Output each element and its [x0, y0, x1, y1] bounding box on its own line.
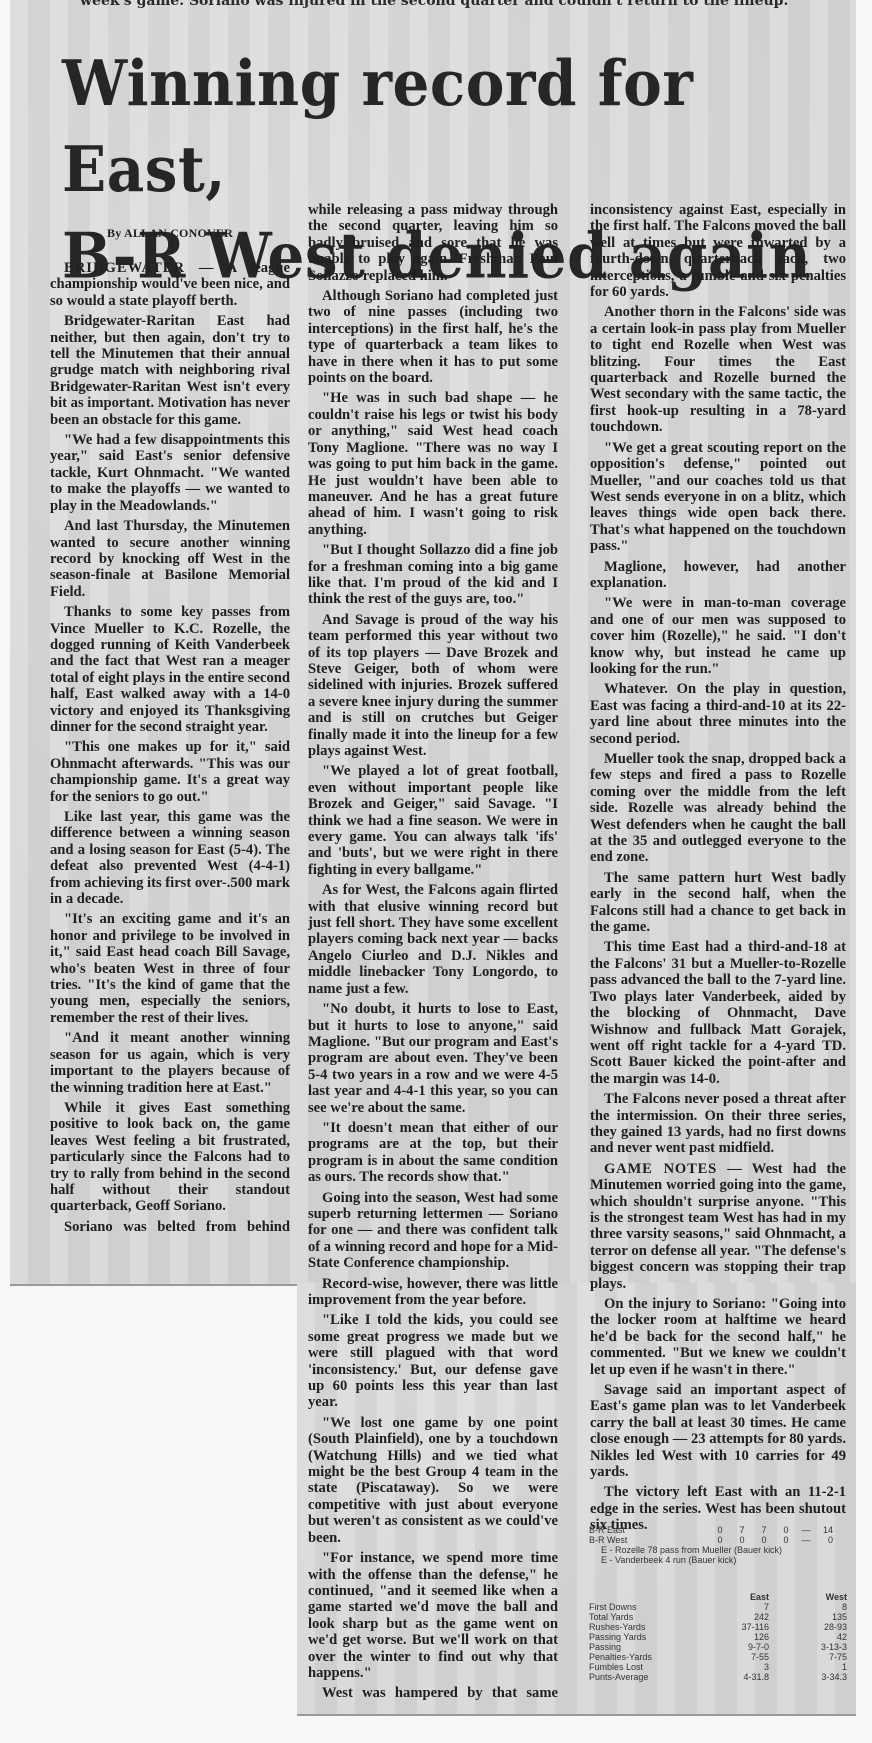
line-score-row-west: B-R West 0 0 0 0 — 0	[589, 1535, 847, 1545]
paragraph: "It's an exciting game and it's an honor…	[50, 911, 290, 1026]
scoring-play: E - Vanderbeek 4 run (Bauer kick)	[589, 1555, 847, 1565]
article-column-2: while releasing a pass midway through th…	[308, 202, 558, 1706]
paragraph: Bridgewater-Raritan East had neither, bu…	[50, 313, 290, 428]
paragraph: "We lost one game by one point (South Pl…	[308, 1415, 558, 1546]
previous-article-tail: week's game. Soriano was injured in the …	[80, 0, 800, 8]
paragraph: This time East had a third-and-18 at the…	[590, 939, 846, 1087]
paragraph: "He was in such bad shape — he couldn't …	[308, 390, 558, 538]
paragraph: Like last year, this game was the differ…	[50, 809, 290, 907]
stats-row: Passing 9-7-0 3-13-3	[589, 1642, 847, 1652]
stats-row: Passing Yards 126 42	[589, 1632, 847, 1642]
stats-row: Penalties-Yards 7-55 7-75	[589, 1652, 847, 1662]
paragraph: "This one makes up for it," said Ohnmach…	[50, 739, 290, 805]
team-stats-table: East West First Downs 7 8 Total Yards 24…	[589, 1592, 847, 1682]
paragraph: "Like I told the kids, you could see som…	[308, 1312, 558, 1410]
lead-paragraph: BRIDGEWATER — A league championship woul…	[50, 260, 290, 309]
paragraph: Although Soriano had completed just two …	[308, 288, 558, 386]
article-column-3: inconsistency against East, especially i…	[590, 202, 846, 1538]
paragraph: And Savage is proud of the way his team …	[308, 612, 558, 760]
paragraph: "No doubt, it hurts to lose to East, but…	[308, 1001, 558, 1116]
stats-row: Punts-Average 4-31.8 3-34.3	[589, 1672, 847, 1682]
paragraph: "We had a few disappointments this year,…	[50, 432, 290, 514]
paragraph: Record-wise, however, there was little i…	[308, 1276, 558, 1309]
paragraph: Savage said an important aspect of East'…	[590, 1382, 846, 1480]
headline-line-1: Winning record for East,	[62, 40, 842, 213]
paragraph: "We were in man-to-man coverage and one …	[590, 595, 846, 677]
paragraph: Mueller took the snap, dropped back a fe…	[590, 751, 846, 866]
paragraph: inconsistency against East, especially i…	[590, 202, 846, 300]
paragraph: "It doesn't mean that either of our prog…	[308, 1120, 558, 1186]
paragraph: Another thorn in the Falcons' side was a…	[590, 304, 846, 435]
scoring-play: E - Rozelle 78 pass from Mueller (Bauer …	[589, 1545, 847, 1555]
paragraph: Maglione, however, had another explanati…	[590, 559, 846, 592]
paragraph: As for West, the Falcons again flirted w…	[308, 882, 558, 997]
paragraph: West was hampered by that same	[308, 1685, 558, 1701]
paragraph: The same pattern hurt West badly early i…	[590, 870, 846, 936]
stats-row: Rushes-Yards 37-116 28-93	[589, 1622, 847, 1632]
paragraph: Going into the season, West had some sup…	[308, 1190, 558, 1272]
article-column-1: BRIDGEWATER — A league championship woul…	[50, 260, 290, 1239]
stats-row: First Downs 7 8	[589, 1602, 847, 1612]
game-notes-paragraph: GAME NOTES — West had the Minutemen worr…	[590, 1161, 846, 1292]
line-score: B-R East 0 7 7 0 — 14 B-R West 0 0 0 0 —…	[589, 1525, 847, 1565]
paragraph: "We played a lot of great football, even…	[308, 763, 558, 878]
paragraph: while releasing a pass midway through th…	[308, 202, 558, 284]
paragraph: "For instance, we spend more time with t…	[308, 1550, 558, 1681]
paragraph: The Falcons never posed a threat after t…	[590, 1091, 846, 1157]
stats-row: Total Yards 242 135	[589, 1612, 847, 1622]
paragraph: On the injury to Soriano: "Going into th…	[590, 1296, 846, 1378]
dateline: BRIDGEWATER	[64, 260, 185, 276]
paragraph: "But I thought Sollazzo did a fine job f…	[308, 542, 558, 608]
stats-row: Fumbles Lost 3 1	[589, 1662, 847, 1672]
game-notes-label: GAME NOTES	[604, 1161, 717, 1177]
paragraph: Soriano was belted from behind	[50, 1219, 290, 1235]
paragraph: "And it meant another winning season for…	[50, 1030, 290, 1096]
paragraph: "We get a great scouting report on the o…	[590, 440, 846, 555]
paragraph: Thanks to some key passes from Vince Mue…	[50, 604, 290, 735]
paragraph: And last Thursday, the Minutemen wanted …	[50, 518, 290, 600]
byline: By ALLAN CONOVER	[70, 226, 270, 241]
line-score-row-east: B-R East 0 7 7 0 — 14	[589, 1525, 847, 1535]
paragraph: Whatever. On the play in question, East …	[590, 681, 846, 747]
paragraph: While it gives East something positive t…	[50, 1100, 290, 1215]
stats-header-row: East West	[589, 1592, 847, 1602]
